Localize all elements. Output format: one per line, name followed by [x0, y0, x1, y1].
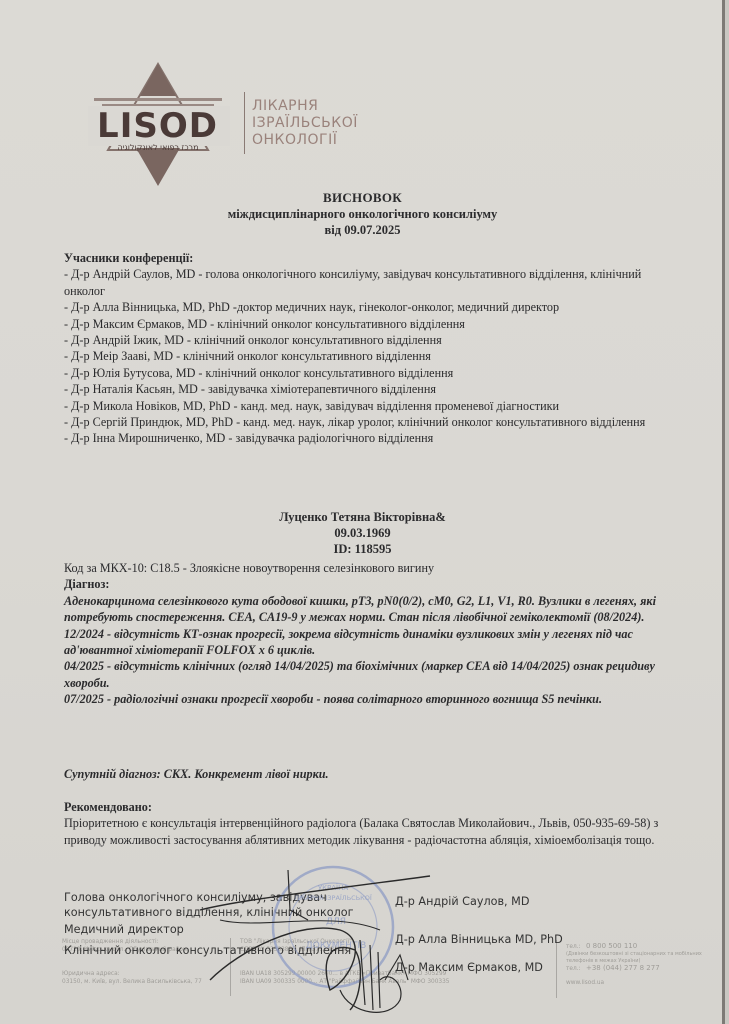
- diagnosis-paragraph: 12/2024 - відсутність КТ-ознак прогресії…: [64, 626, 664, 659]
- footer-phone-label: тел.:: [566, 944, 580, 950]
- logo-divider: [244, 92, 245, 154]
- diagnosis-paragraph: 04/2025 - відсутність клінічних (огляд 1…: [64, 658, 664, 691]
- footer-phone: +38 (044) 277 8 277: [586, 964, 660, 972]
- footer-divider: [556, 940, 557, 998]
- footer-phone-note: (Дзвінки безкоштовні зі стаціонарних та …: [566, 951, 716, 964]
- lisod-logo: LISOD מרכז רפואי לאונקולוגיה ЛІКАРНЯ ІЗР…: [80, 62, 380, 187]
- participants-section: Учасники конференції: - Д-р Андрій Сауло…: [64, 250, 664, 447]
- footer-phone-label: тел.:: [566, 966, 580, 972]
- footer-legal-address: 03150, м. Київ, вул. Велика Васильківськ…: [62, 978, 202, 986]
- recommendation-section: Рекомендовано: Пріоритетною є консультац…: [64, 799, 664, 848]
- signature-name: Д-р Андрій Саулов, MD: [395, 895, 529, 908]
- participants-heading: Учасники конференції:: [64, 250, 664, 266]
- signature-title: Медичний директор: [64, 920, 354, 939]
- footer-legal-label: Юридична адреса:: [62, 970, 202, 978]
- document-title: ВИСНОВОК: [0, 190, 725, 206]
- patient-dob: 09.03.1969: [0, 525, 725, 541]
- patient-info: Луценко Тетяна Вікторівна& 09.03.1969 ID…: [0, 509, 725, 557]
- patient-name: Луценко Тетяна Вікторівна&: [0, 509, 725, 525]
- signature-name: Д-р Максим Єрмаков, MD: [395, 961, 543, 974]
- document-date: від 09.07.2025: [0, 222, 725, 238]
- participant-item: - Д-р Андрій Іжик, MD - клінічний онколо…: [64, 332, 664, 348]
- logo-subtitle-line: ЛІКАРНЯ: [252, 98, 358, 115]
- diagnosis-section: Код за МКХ-10: C18.5 - Злоякісне новоутв…: [64, 560, 664, 708]
- recommendation-heading: Рекомендовано:: [64, 799, 664, 815]
- document-subtitle: міждисциплінарного онкологічного консилі…: [0, 206, 725, 222]
- diagnosis-heading: Діагноз:: [64, 576, 664, 592]
- footer-iban: IBAN UA09 300335 0000... АТ "Райффайзен …: [240, 978, 449, 986]
- diagnosis-paragraph: 07/2025 - радіологічні ознаки прогресії …: [64, 691, 664, 707]
- participant-item: - Д-р Алла Вінницька, MD, PhD -доктор ме…: [64, 299, 664, 315]
- logo-subtitle: ЛІКАРНЯ ІЗРАЇЛЬСЬКОЇ ОНКОЛОГІЇ: [252, 98, 358, 149]
- participant-item: - Д-р Максим Єрмаков, MD - клінічний онк…: [64, 316, 664, 332]
- patient-id: ID: 118595: [0, 541, 725, 557]
- footer-phone: 0 800 500 110: [586, 942, 637, 950]
- icd-code: Код за МКХ-10: C18.5 - Злоякісне новоутв…: [64, 560, 664, 576]
- participant-item: - Д-р Меір Заaві, MD - клінічний онколог…: [64, 348, 664, 364]
- comorbid-diagnosis: Супутній діагноз: СКХ. Конкремент лівої …: [64, 766, 664, 782]
- signature-title: Клінічний онколог консультативного відді…: [64, 941, 354, 960]
- diagnosis-paragraph: Аденокарцинома селезінкового кута ободов…: [64, 593, 664, 626]
- logo-hebrew-tagline: מרכז רפואי לאונקולוגיה: [98, 143, 218, 152]
- document-page: LISOD מרכז רפואי לאונקולוגיה ЛІКАРНЯ ІЗР…: [0, 0, 725, 1024]
- footer-website: www.lisod.ua: [566, 979, 716, 987]
- participant-item: - Д-р Сергій Приндюк, MD, PhD - канд. ме…: [64, 414, 664, 430]
- participant-item: - Д-р Юлія Бутусова, MD - клінічний онко…: [64, 365, 664, 381]
- logo-subtitle-line: ОНКОЛОГІЇ: [252, 132, 358, 149]
- participant-item: - Д-р Микола Новіков, MD, PhD - канд. ме…: [64, 398, 664, 414]
- document-title-block: ВИСНОВОК міждисциплінарного онкологічног…: [0, 190, 725, 238]
- participant-item: - Д-р Андрій Саулов, MD - голова онколог…: [64, 266, 664, 299]
- participant-item: - Д-р Інна Мирошниченко, MD - завідувачк…: [64, 430, 664, 446]
- logo-brand-text: LISOD: [85, 106, 230, 146]
- logo-subtitle-line: ІЗРАЇЛЬСЬКОЇ: [252, 115, 358, 132]
- recommendation-text: Пріоритетною є консультація інтервенційн…: [64, 815, 664, 848]
- signature-name: Д-р Алла Вінницька MD, PhD: [395, 933, 563, 946]
- participant-item: - Д-р Наталія Касьян, MD - завідувачка х…: [64, 381, 664, 397]
- signature-titles: Голова онкологічного консиліуму, завідув…: [64, 888, 354, 960]
